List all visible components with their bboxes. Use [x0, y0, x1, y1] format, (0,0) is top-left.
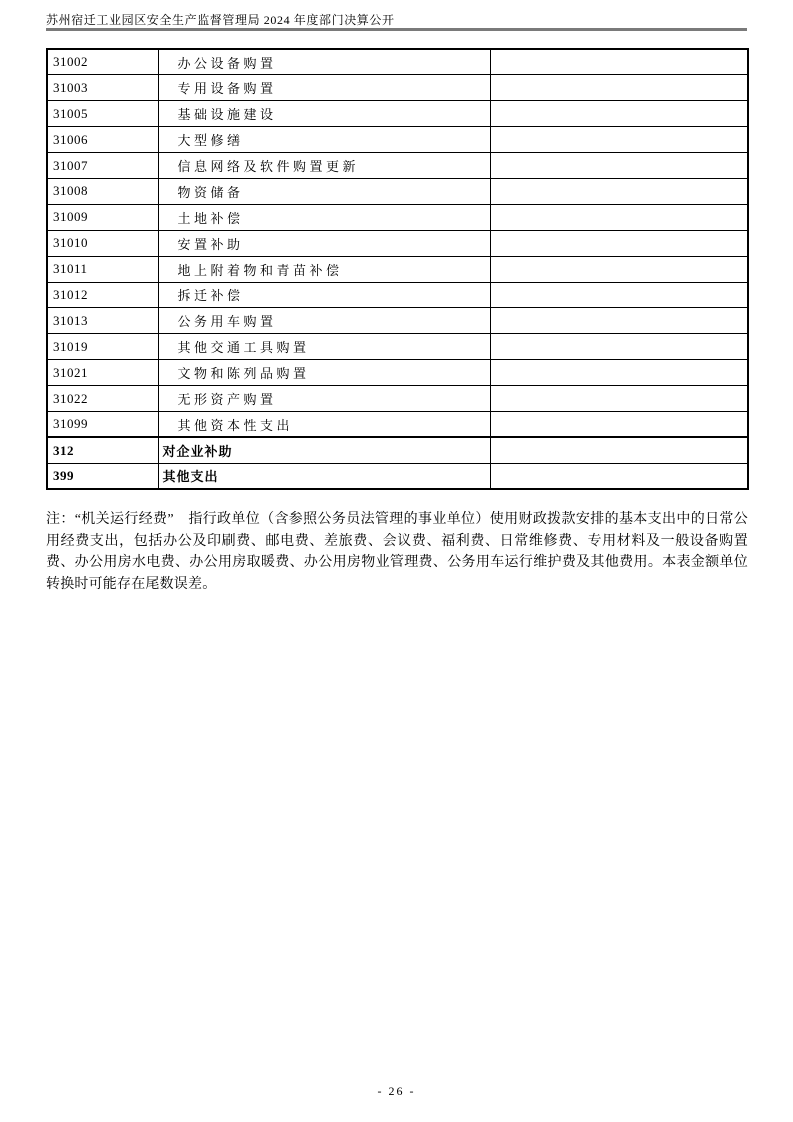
- budget-expenditure-table: 31002办公设备购置31003专用设备购置31005基础设施建设31006大型…: [46, 48, 749, 490]
- value-cell: [490, 230, 748, 256]
- value-cell: [490, 256, 748, 282]
- code-cell: 31012: [47, 282, 158, 308]
- label-cell: 安置补助: [158, 230, 490, 256]
- label-cell: 专用设备购置: [158, 75, 490, 101]
- code-cell: 31011: [47, 256, 158, 282]
- label-cell: 基础设施建设: [158, 101, 490, 127]
- code-cell: 31022: [47, 386, 158, 412]
- value-cell: [490, 75, 748, 101]
- table-row: 31009土地补偿: [47, 204, 748, 230]
- page-number: - 26 -: [0, 1084, 793, 1099]
- table-row: 31011地上附着物和青苗补偿: [47, 256, 748, 282]
- label-cell: 公务用车购置: [158, 308, 490, 334]
- label-cell: 地上附着物和青苗补偿: [158, 256, 490, 282]
- value-cell: [490, 308, 748, 334]
- code-cell: 31008: [47, 178, 158, 204]
- document-page: 苏州宿迁工业园区安全生产监督管理局 2024 年度部门决算公开 31002办公设…: [0, 0, 793, 1122]
- value-cell: [490, 386, 748, 412]
- table-row: 31013公务用车购置: [47, 308, 748, 334]
- page-header-title: 苏州宿迁工业园区安全生产监督管理局 2024 年度部门决算公开: [46, 11, 395, 28]
- code-cell: 31009: [47, 204, 158, 230]
- label-cell: 土地补偿: [158, 204, 490, 230]
- table-row: 31099其他资本性支出: [47, 411, 748, 437]
- code-cell: 312: [47, 437, 158, 463]
- table-row: 31003专用设备购置: [47, 75, 748, 101]
- label-cell: 其他支出: [158, 463, 490, 489]
- value-cell: [490, 101, 748, 127]
- value-cell: [490, 153, 748, 179]
- table-row: 31022无形资产购置: [47, 386, 748, 412]
- code-cell: 31007: [47, 153, 158, 179]
- table-row: 312对企业补助: [47, 437, 748, 463]
- value-cell: [490, 334, 748, 360]
- label-cell: 物资储备: [158, 178, 490, 204]
- code-cell: 399: [47, 463, 158, 489]
- label-cell: 信息网络及软件购置更新: [158, 153, 490, 179]
- table-row: 31007信息网络及软件购置更新: [47, 153, 748, 179]
- label-cell: 无形资产购置: [158, 386, 490, 412]
- label-cell: 其他交通工具购置: [158, 334, 490, 360]
- code-cell: 31019: [47, 334, 158, 360]
- table-row: 31002办公设备购置: [47, 49, 748, 75]
- value-cell: [490, 127, 748, 153]
- label-cell: 大型修缮: [158, 127, 490, 153]
- table-row: 31005基础设施建设: [47, 101, 748, 127]
- table-row: 399其他支出: [47, 463, 748, 489]
- label-cell: 对企业补助: [158, 437, 490, 463]
- code-cell: 31021: [47, 360, 158, 386]
- table-row: 31006大型修缮: [47, 127, 748, 153]
- code-cell: 31005: [47, 101, 158, 127]
- header-divider-rule: [46, 28, 747, 31]
- label-cell: 拆迁补偿: [158, 282, 490, 308]
- value-cell: [490, 282, 748, 308]
- table-row: 31010安置补助: [47, 230, 748, 256]
- budget-table-body: 31002办公设备购置31003专用设备购置31005基础设施建设31006大型…: [47, 49, 748, 489]
- code-cell: 31006: [47, 127, 158, 153]
- label-cell: 办公设备购置: [158, 49, 490, 75]
- table-row: 31012拆迁补偿: [47, 282, 748, 308]
- value-cell: [490, 437, 748, 463]
- code-cell: 31013: [47, 308, 158, 334]
- code-cell: 31099: [47, 411, 158, 437]
- table-row: 31019其他交通工具购置: [47, 334, 748, 360]
- value-cell: [490, 411, 748, 437]
- value-cell: [490, 204, 748, 230]
- code-cell: 31002: [47, 49, 158, 75]
- label-cell: 其他资本性支出: [158, 411, 490, 437]
- code-cell: 31003: [47, 75, 158, 101]
- value-cell: [490, 178, 748, 204]
- value-cell: [490, 49, 748, 75]
- table-footnote: 注：“机关运行经费” 指行政单位（含参照公务员法管理的事业单位）使用财政拨款安排…: [46, 509, 748, 595]
- table-row: 31021文物和陈列品购置: [47, 360, 748, 386]
- value-cell: [490, 360, 748, 386]
- table-row: 31008物资储备: [47, 178, 748, 204]
- value-cell: [490, 463, 748, 489]
- code-cell: 31010: [47, 230, 158, 256]
- label-cell: 文物和陈列品购置: [158, 360, 490, 386]
